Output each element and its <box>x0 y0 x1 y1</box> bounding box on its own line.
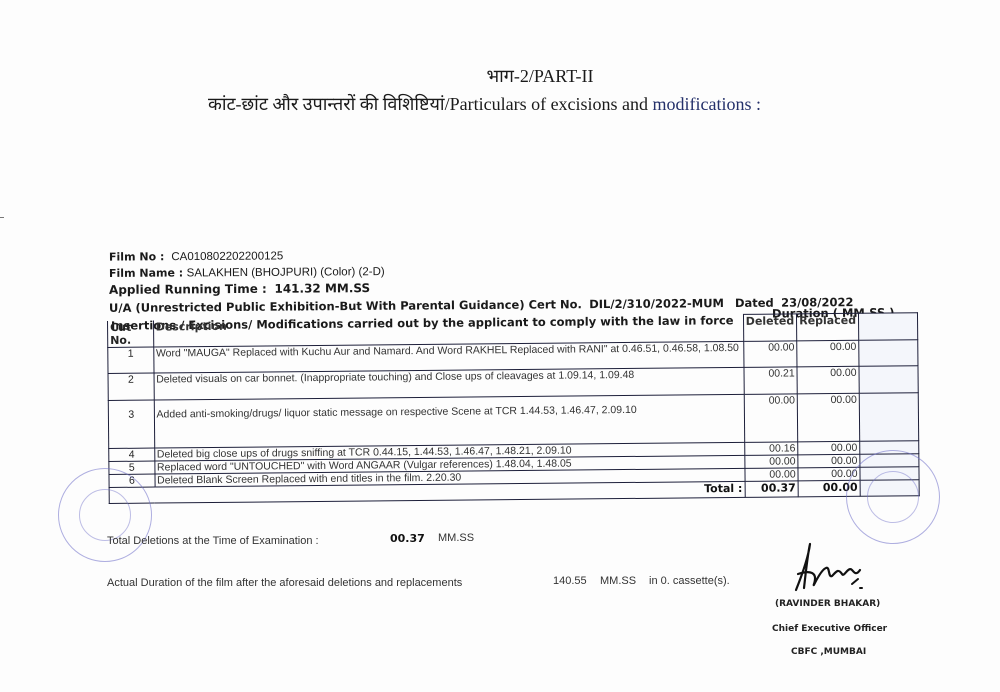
cut-replaced: 00.00 <box>797 340 859 367</box>
cut-deleted: 00.00 <box>745 454 799 468</box>
film-number-value: CA010802202200125 <box>171 250 283 263</box>
excisions-table: Cut No. Description Deleted Replaced 1 W… <box>107 312 920 503</box>
blank-cell <box>859 365 918 393</box>
col-cut-no: Cut No. <box>108 320 154 347</box>
total-deleted: 00.37 <box>745 480 799 497</box>
total-deletions-label: Total Deletions at the Time of Examinati… <box>107 535 319 547</box>
part-title: भाग-2/PART-II <box>0 64 1000 88</box>
cut-replaced: 00.00 <box>797 393 859 442</box>
subtitle-english: Particulars of excisions and <box>450 94 653 114</box>
signatory-title: Chief Executive Officer <box>772 624 887 634</box>
cut-replaced: 00.00 <box>798 441 860 455</box>
official-stamp-left <box>58 468 152 562</box>
running-time-value: 141.32 MM.SS <box>274 281 370 296</box>
table-row: 3 Added anti-smoking/drugs/ liquor stati… <box>108 392 918 448</box>
cut-deleted: 00.00 <box>745 467 799 481</box>
col-replaced: Replaced <box>797 313 859 340</box>
cut-number: 2 <box>108 373 154 400</box>
cut-replaced: 00.00 <box>797 366 859 394</box>
certificate-line: U/A (Unrestricted Public Exhibition-But … <box>109 295 854 315</box>
total-deletions-value: 00.37 <box>390 532 425 545</box>
cut-deleted: 00.00 <box>743 340 797 367</box>
subtitle-english-tail: modifications : <box>653 94 761 114</box>
cut-number: 1 <box>108 347 154 373</box>
film-name-label: Film Name : <box>109 266 183 280</box>
cut-deleted: 00.00 <box>744 393 798 442</box>
col-deleted: Deleted <box>743 314 797 341</box>
film-name-line: Film Name : SALAKHEN (BHOJPURI) (Color) … <box>109 265 385 280</box>
certificate-number: DIL/2/310/2022-MUM <box>589 296 724 311</box>
official-stamp-right <box>846 450 940 544</box>
cut-description: Added anti-smoking/drugs/ liquor static … <box>154 394 745 448</box>
subtitle-hindi: कांट-छांट और उपान्तरों की विशिष्टियां/ <box>208 94 450 114</box>
signatory-organization: CBFC ,MUMBAI <box>791 647 866 657</box>
signature-icon <box>790 540 870 595</box>
section-subtitle: कांट-छांट और उपान्तरों की विशिष्टियां/Pa… <box>208 92 761 116</box>
excisions-table-wrapper: Cut No. Description Deleted Replaced 1 W… <box>107 312 920 503</box>
cut-deleted: 00.21 <box>744 366 798 394</box>
col-blank <box>858 313 917 340</box>
blank-cell <box>859 392 918 441</box>
cut-replaced: 00.00 <box>798 454 860 468</box>
cassette-count: in 0. cassette(s). <box>649 575 730 587</box>
signatory-name: (RAVINDER BHAKAR) <box>775 599 880 609</box>
cut-number: 4 <box>109 448 155 461</box>
actual-duration-label: Actual Duration of the film after the af… <box>107 577 462 589</box>
running-time-line: Applied Running Time : 141.32 MM.SS <box>109 281 370 297</box>
cut-number: 3 <box>108 400 154 448</box>
certificate-type: U/A (Unrestricted Public Exhibition-But … <box>109 297 582 315</box>
film-name-value: SALAKHEN (BHOJPURI) (Color) (2-D) <box>187 266 385 279</box>
scan-edge-mark <box>0 217 4 218</box>
dated-label: Dated <box>735 296 774 310</box>
film-number-line: Film No : CA010802202200125 <box>109 249 283 263</box>
actual-duration-unit: MM.SS <box>600 575 636 587</box>
cut-deleted: 00.16 <box>744 441 798 455</box>
running-time-label: Applied Running Time : <box>109 282 267 297</box>
film-number-label: Film No : <box>109 250 164 263</box>
actual-duration-value: 140.55 <box>553 575 587 587</box>
total-deletions-unit: MM.SS <box>438 532 474 544</box>
blank-cell <box>859 339 918 366</box>
